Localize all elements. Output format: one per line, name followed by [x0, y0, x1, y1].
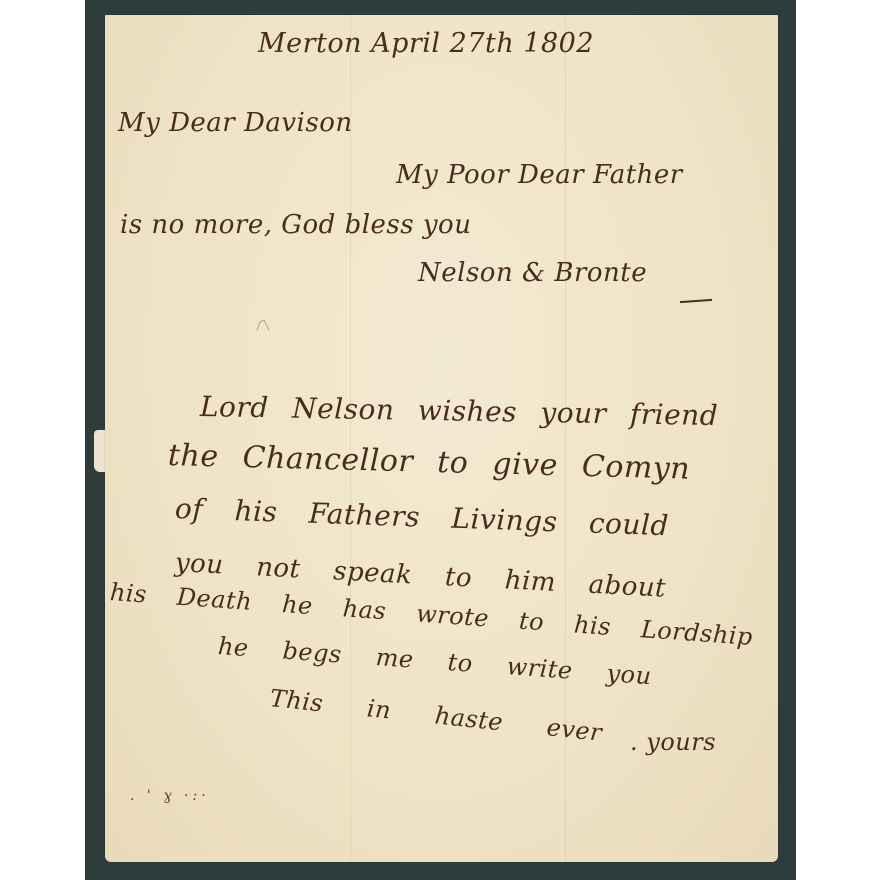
salutation: My Dear Davison [118, 108, 353, 138]
place-date-line: Merton April 27th 1802 [258, 28, 594, 59]
pencil-tick-icon [255, 318, 273, 336]
postscript-line-1: My Poor Dear Father [396, 160, 683, 190]
ink-blot-marks: . ' ɣ ·:· [130, 788, 210, 804]
signature-nelson-bronte: Nelson & Bronte [418, 258, 647, 288]
body-line-8-closing: . yours [630, 728, 716, 756]
fold-line [350, 15, 351, 862]
postscript-line-2: is no more, God bless you [120, 210, 471, 240]
